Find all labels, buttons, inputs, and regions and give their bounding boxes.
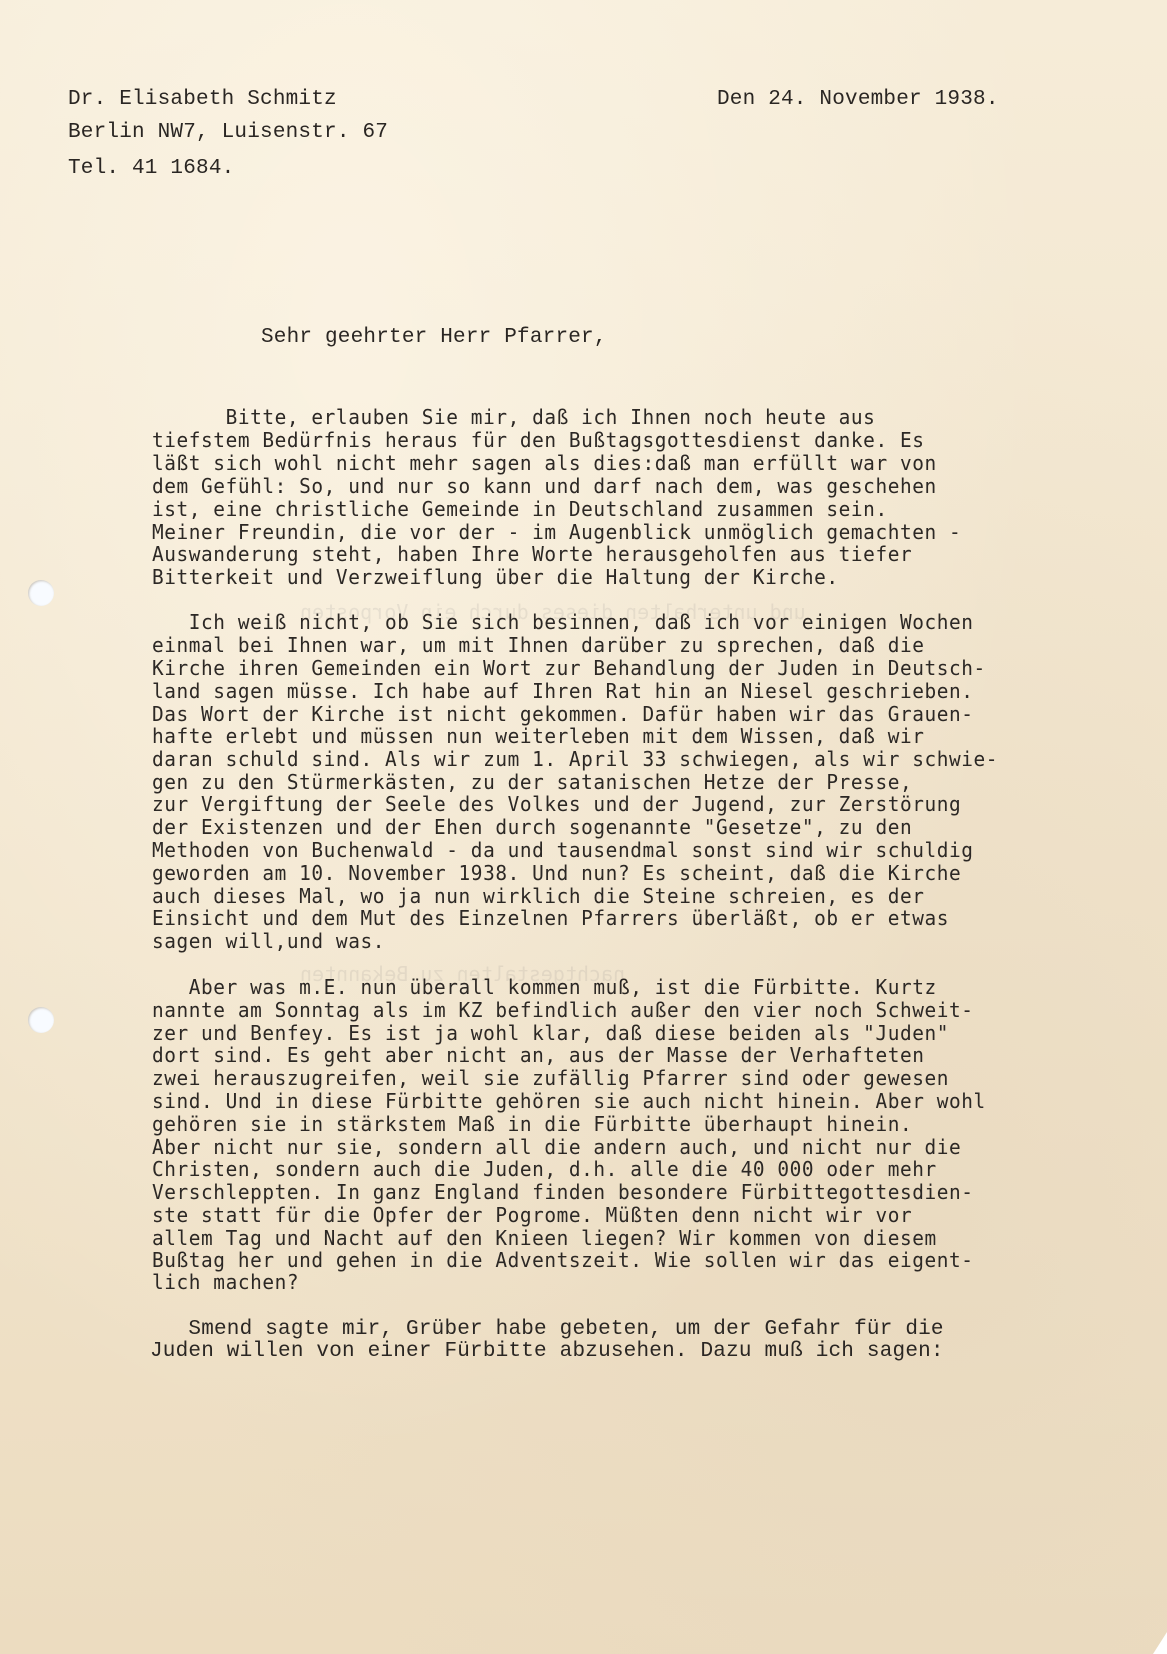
sender-address: Berlin NW7, Luisenstr. 67 [68, 121, 388, 145]
sender-phone: Tel. 41 1684. [68, 157, 234, 181]
sender-name: Dr. Elisabeth Schmitz [68, 88, 337, 112]
text-line: gen zu den Stürmerkästen, zu der satanis… [152, 770, 912, 794]
text-line: Methoden von Buchenwald - da und tausend… [152, 838, 974, 862]
text-line: Smend sagte mir, Grüber habe gebeten, um… [150, 1318, 944, 1342]
letter-page: und unterhalten dieses durch ein Vorpost… [0, 0, 1167, 1654]
text-line: hafte erlebt und müssen nun weiterleben … [152, 724, 924, 748]
text-line: Ich weiß nicht, ob Sie sich besinnen, da… [152, 610, 974, 634]
text-line: zur Vergiftung der Seele des Volkes und … [152, 792, 961, 816]
text-line: läßt sich wohl nicht mehr sagen als dies… [152, 451, 937, 475]
text-line: Das Wort der Kirche ist nicht gekommen. … [152, 702, 974, 726]
text-line: allem Tag und Nacht auf den Knieen liege… [152, 1226, 937, 1250]
text-line: Meiner Freundin, die vor der - im Augenb… [152, 520, 961, 544]
text-line: Juden willen von einer Fürbitte abzusehe… [150, 1340, 944, 1364]
text-line: geworden am 10. November 1938. Und nun? … [152, 861, 961, 885]
text-line: Verschleppten. In ganz England finden be… [152, 1180, 974, 1204]
torn-corner [1153, 1632, 1167, 1654]
text-line: zwei herauszugreifen, weil sie zufällig … [152, 1066, 949, 1090]
text-line: gehören sie in stärkstem Maß in die Fürb… [152, 1112, 912, 1136]
salutation: Sehr geehrter Herr Pfarrer, [261, 326, 607, 350]
text-line: Bußtag her und gehen in die Adventszeit.… [152, 1248, 974, 1272]
text-line: ist, eine christliche Gemeinde in Deutsc… [152, 497, 888, 521]
text-line: sind. Und in diese Fürbitte gehören sie … [152, 1089, 986, 1113]
text-line: sagen will,und was. [152, 929, 385, 953]
text-line: Christen, sondern auch die Juden, d.h. a… [152, 1157, 937, 1181]
text-line: dem Gefühl: So, und nur so kann und darf… [152, 474, 937, 498]
punch-hole-top [28, 580, 54, 606]
text-line: der Existenzen und der Ehen durch sogena… [152, 815, 912, 839]
letter-date: Den 24. November 1938. [717, 88, 999, 112]
text-line: Aber nicht nur sie, sondern all die ande… [152, 1135, 961, 1159]
text-line: Bitterkeit und Verzweiflung über die Hal… [152, 565, 839, 589]
text-line: ste statt für die Opfer der Pogrome. Müß… [152, 1203, 912, 1227]
text-line: Aber was m.E. nun überall kommen muß, is… [152, 975, 937, 999]
text-line: zer und Benfey. Es ist ja wohl klar, daß… [152, 1021, 949, 1045]
text-line: auch dieses Mal, wo ja nun wirklich die … [152, 884, 924, 908]
text-line: daran schuld sind. Als wir zum 1. April … [152, 747, 998, 771]
text-line: nannte am Sonntag als im KZ befindlich a… [152, 998, 974, 1022]
text-line: Auswanderung steht, haben Ihre Worte her… [152, 542, 912, 566]
text-line: einmal bei Ihnen war, um mit Ihnen darüb… [152, 633, 924, 657]
text-line: lich machen? [152, 1270, 299, 1294]
text-line: tiefstem Bedürfnis heraus für den Bußtag… [152, 428, 924, 452]
text-line: dort sind. Es geht aber nicht an, aus de… [152, 1043, 924, 1067]
text-line: land sagen müsse. Ich habe auf Ihren Rat… [152, 679, 974, 703]
text-line: Bitte, erlauben Sie mir, daß ich Ihnen n… [152, 405, 875, 429]
text-line: Kirche ihren Gemeinden ein Wort zur Beha… [152, 656, 986, 680]
text-line: Einsicht und dem Mut des Einzelnen Pfarr… [152, 906, 949, 930]
punch-hole-bottom [28, 1007, 54, 1033]
